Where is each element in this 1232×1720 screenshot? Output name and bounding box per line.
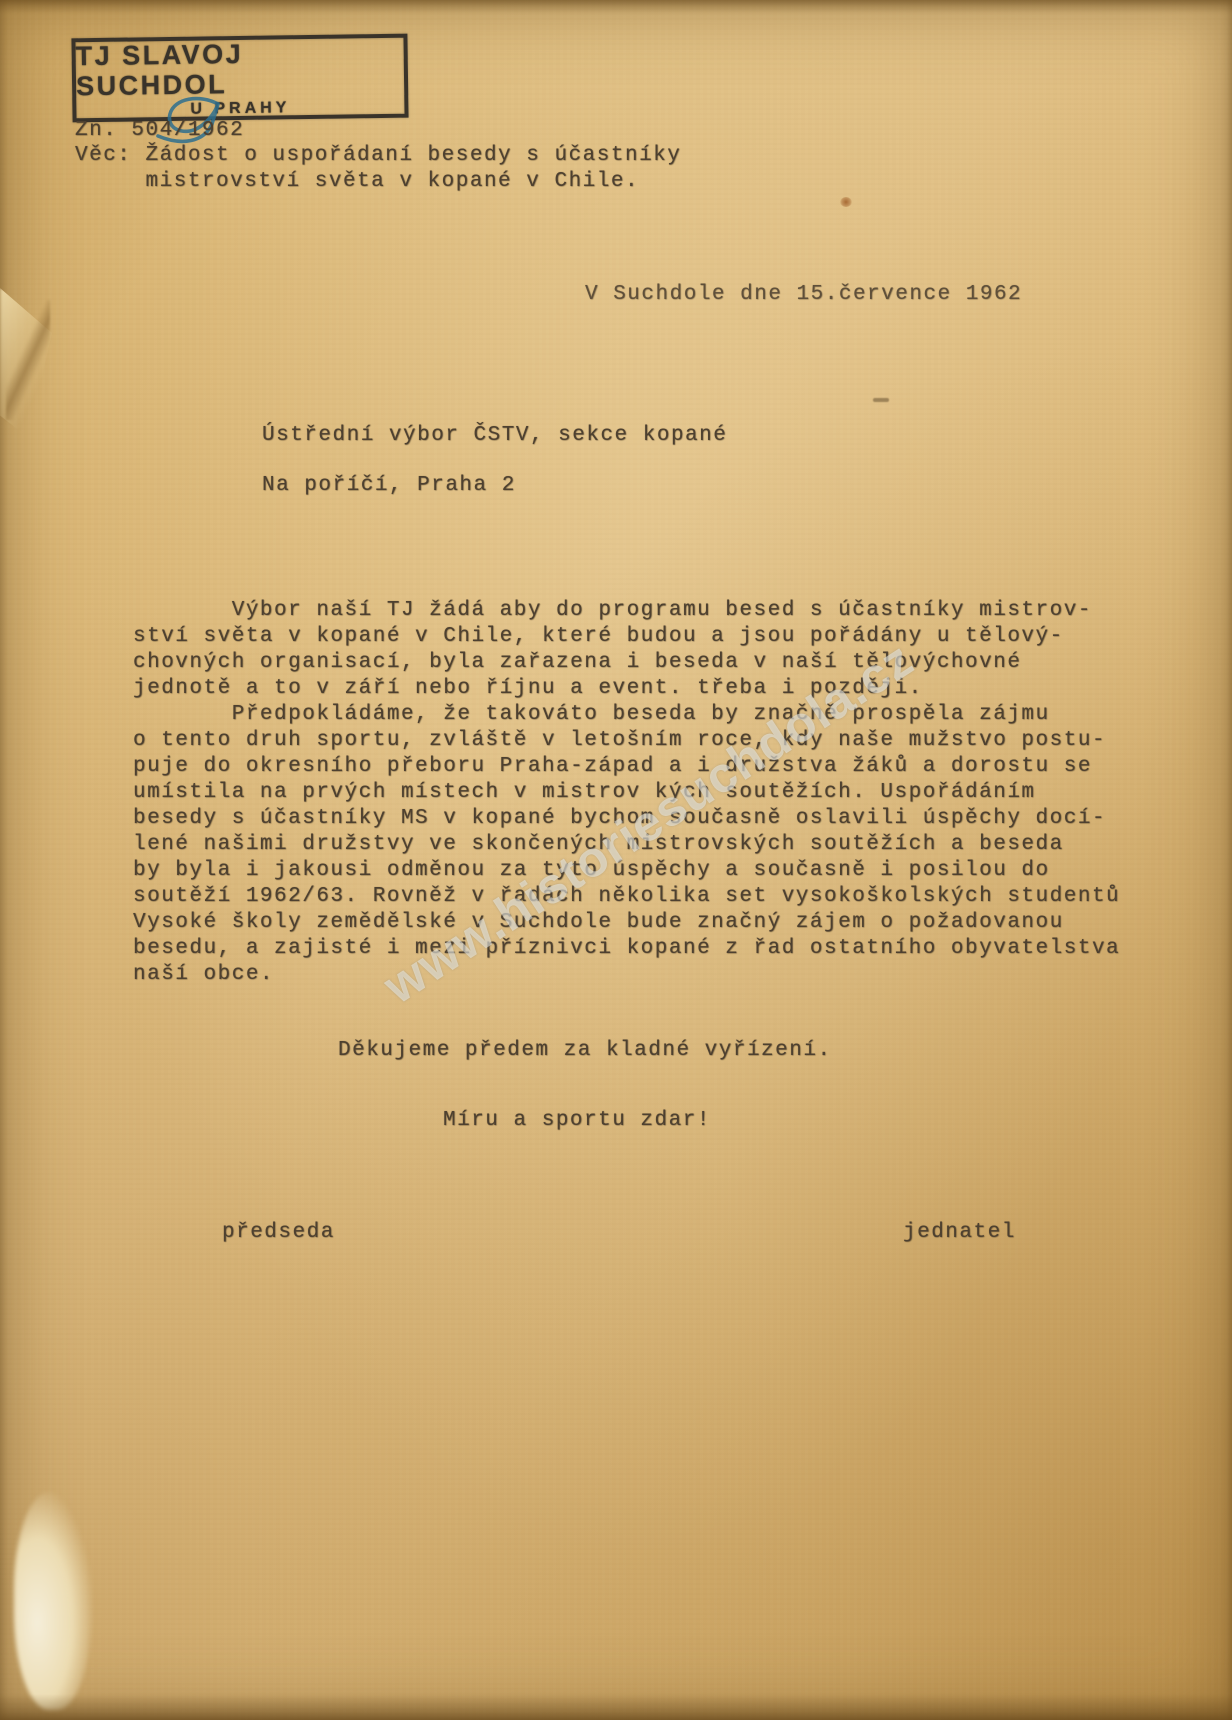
paper-stain xyxy=(840,197,852,207)
signature-title-right: jednatel xyxy=(903,1220,1016,1246)
slogan-line: Míru a sportu zdar! xyxy=(443,1108,711,1134)
paper-edge-shadow-bottom xyxy=(0,1694,1232,1720)
reference-number: Zn. 504/1962 xyxy=(75,118,244,144)
paper-speck xyxy=(873,398,889,402)
body-paragraph-2: Předpokládáme, že takováto beseda by zna… xyxy=(133,702,1153,988)
recipient-address: Na poříčí, Praha 2 xyxy=(262,473,516,499)
dateline: V Suchdole dne 15.července 1962 xyxy=(585,282,1022,308)
paper-corner-wear xyxy=(14,1492,92,1710)
scanned-letter: TJ SLAVOJ SUCHDOL U PRAHY Zn. 504/1962 V… xyxy=(0,0,1232,1720)
paper-edge-shadow-top xyxy=(0,0,1232,14)
closing-line: Děkujeme předem za kladné vyřízení. xyxy=(338,1038,832,1064)
signature-title-left: předseda xyxy=(222,1220,335,1246)
paper-crease-shadow xyxy=(6,300,50,420)
subject-line: Věc: Žádost o uspořádaní besedy s účastn… xyxy=(75,143,681,195)
body-paragraph-1: Výbor naší TJ žádá aby do programu besed… xyxy=(133,598,1153,702)
recipient-organization: Ústřední výbor ČSTV, sekce kopané xyxy=(262,423,727,449)
